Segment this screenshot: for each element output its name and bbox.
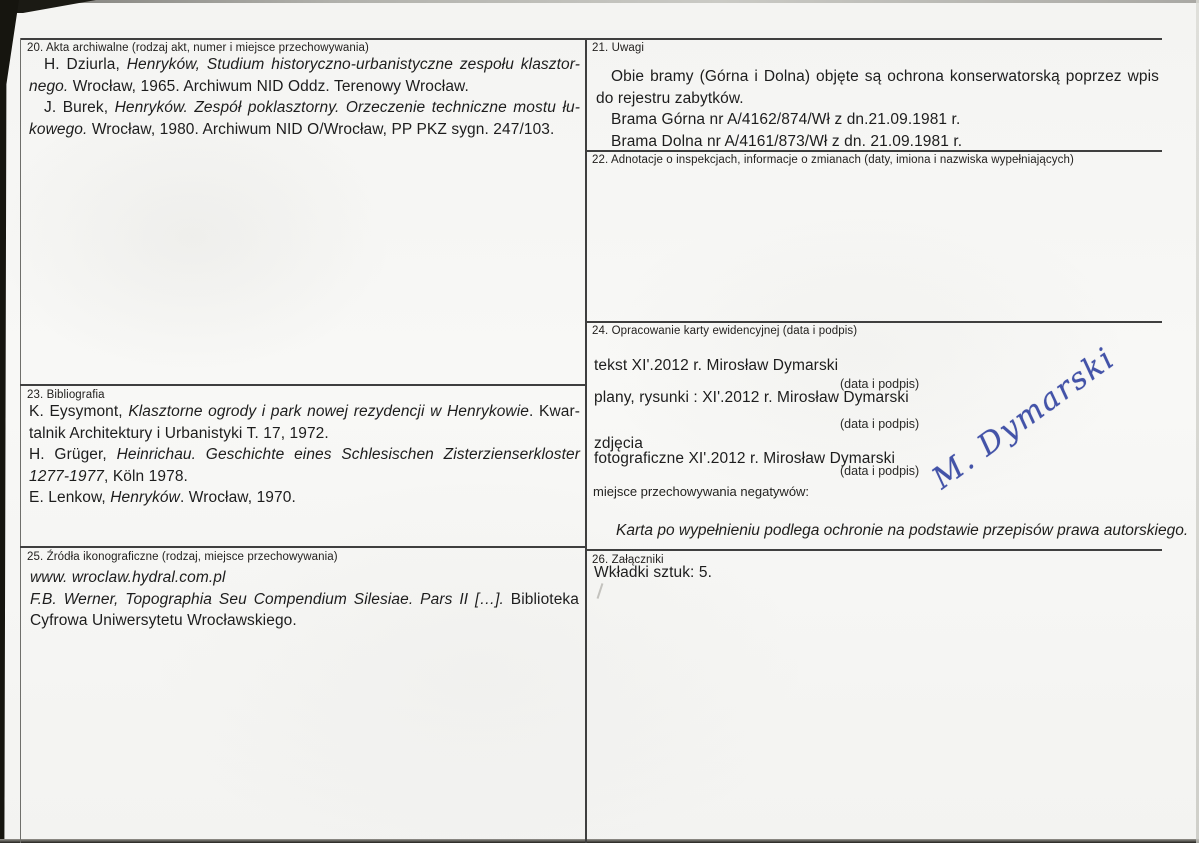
scan-left-edge <box>0 0 20 843</box>
handwritten-signature: M. Dymarski <box>926 333 1133 497</box>
pencil-mark <box>597 583 604 599</box>
text-line: J. Burek, Henryków. Zespół poklasztorny.… <box>29 97 580 119</box>
section-25-text: www. wroclaw.hydral.com.plF.B. Werner, T… <box>30 567 579 632</box>
text-line: Brama Dolna nr A/4161/873/Wł z dn. 21.09… <box>596 131 1159 153</box>
section-23-header: 23. Bibliografia <box>27 389 105 401</box>
section-20-text: H. Dziurla, Henryków, Studium historyczn… <box>29 54 580 140</box>
text-line: Obie bramy (Górna i Dolna) objęte są och… <box>596 66 1159 88</box>
section-24-plans-entry: plany, rysunki : XI'.2012 r. Mirosław Dy… <box>594 389 909 407</box>
text-line: H. Grüger, Heinrichau. Geschichte eines … <box>29 444 580 466</box>
section-20-header: 20. Akta archiwalne (rodzaj akt, numer i… <box>27 42 369 54</box>
text-line: K. Eysymont, Klasztorne ogrody i park no… <box>29 401 580 423</box>
section-21-text: Obie bramy (Górna i Dolna) objęte są och… <box>596 66 1159 152</box>
section-23-text: K. Eysymont, Klasztorne ogrody i park no… <box>29 401 580 509</box>
section-24-top-rule <box>586 321 1162 323</box>
section-24-caption-3: (data i podpis) <box>840 464 919 478</box>
section-24-header: 24. Opracowanie karty ewidencyjnej (data… <box>592 325 857 337</box>
section-21-header: 21. Uwagi <box>592 42 644 54</box>
text-line: E. Lenkow, Henryków. Wrocław, 1970. <box>29 487 580 509</box>
text-line: 1277-1977, Köln 1978. <box>29 466 580 488</box>
section-24-negatives-label: miejsce przechowywania negatywów: <box>593 484 809 499</box>
section-23-top-rule <box>20 384 586 386</box>
table-left-rule <box>20 38 21 843</box>
text-line: nego. Wrocław, 1965. Archiwum NID Oddz. … <box>29 76 580 98</box>
table-center-rule <box>585 38 587 843</box>
text-line: kowego. Wrocław, 1980. Archiwum NID O/Wr… <box>29 119 580 141</box>
section-25-top-rule <box>20 546 586 548</box>
text-line: Cyfrowa Uniwersytetu Wrocławskiego. <box>30 610 579 632</box>
section-25-header: 25. Źródła ikonograficzne (rodzaj, miejs… <box>27 551 338 563</box>
scan-top-edge <box>0 0 1199 3</box>
text-line: H. Dziurla, Henryków, Studium historyczn… <box>29 54 580 76</box>
table-top-rule <box>20 38 1162 40</box>
scan-bottom-edge <box>0 839 1199 843</box>
text-line: F.B. Werner, Topographia Seu Compendium … <box>30 589 579 611</box>
section-24-caption-2: (data i podpis) <box>840 417 919 431</box>
section-26-content: Wkładki sztuk: 5. <box>594 564 712 582</box>
section-26-top-rule <box>586 549 1162 551</box>
section-22-header: 22. Adnotacje o inspekcjach, informacje … <box>592 154 1074 166</box>
text-line: talnik Architektury i Urbanistyki T. 17,… <box>29 423 580 445</box>
text-line: Brama Górna nr A/4162/874/Wł z dn.21.09.… <box>596 109 1159 131</box>
text-line: do rejestru zabytków. <box>596 88 1159 110</box>
text-line: www. wroclaw.hydral.com.pl <box>30 567 579 589</box>
scanned-record-card-page: 20. Akta archiwalne (rodzaj akt, numer i… <box>0 0 1199 843</box>
section-24-copyright-note: Karta po wypełnieniu podlega ochronie na… <box>616 522 1188 540</box>
section-24-text-entry: tekst XI'.2012 r. Mirosław Dymarski <box>594 357 838 375</box>
